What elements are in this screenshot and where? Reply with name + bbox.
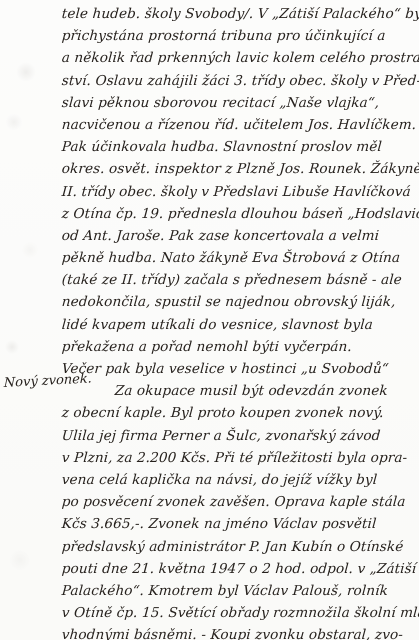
handwritten-line: od Ant. Jaroše. Pak zase koncertovala a … [61,225,419,247]
handwritten-line: vena celá kaplička na návsi, do jejíž ví… [61,469,419,491]
handwritten-line: Ulila jej firma Perner a Šulc, zvonařský… [61,425,419,447]
handwritten-line: z obecní kaple. Byl proto koupen zvonek … [61,402,419,424]
handwritten-line: tele hudeb. školy Svobody/. V „Zátiší Pa… [61,3,419,25]
handwritten-line: a několik řad prkenných lavic kolem celé… [61,47,419,69]
handwritten-line: z Otína čp. 19. přednesla dlouhou báseň … [61,203,419,225]
handwritten-line: nedokončila, spustil se najednou obrovsk… [61,291,419,313]
handwritten-line: Večer pak byla veselice v hostinci „u Sv… [61,358,419,380]
handwritten-line: vhodnými básněmi. - Koupi zvonku obstara… [61,624,419,640]
handwritten-line: lidé kvapem utíkali do vesnice, slavnost… [61,314,419,336]
handwritten-line: Kčs 3.665,-. Zvonek na jméno Václav posv… [61,513,419,535]
handwritten-line: II. třídy obec. školy v Předslavi Libuše… [61,181,419,203]
handwritten-line: pěkně hudba. Nato žákyně Eva Štrobová z … [61,247,419,269]
handwritten-line: v Otíně čp. 15. Světící obřady rozmnožil… [61,602,419,624]
handwritten-line: okres. osvět. inspektor z Plzně Jos. Rou… [61,158,419,180]
handwritten-line: překažena a pořad nemohl býti vyčerpán. [61,336,419,358]
handwritten-line: ství. Oslavu zahájili žáci 3. třídy obec… [61,70,419,92]
manuscript-text: tele hudeb. školy Svobody/. V „Zátiší Pa… [61,3,418,640]
handwritten-line: po posvěcení zvonek zavěšen. Oprava kapl… [61,491,419,513]
handwritten-line: nacvičenou a řízenou říd. učitelem Jos. … [61,114,419,136]
handwritten-line: v Plzni, za 2.200 Kčs. Při té příležitos… [61,447,419,469]
handwritten-line: (také ze II. třídy) začala s přednesem b… [61,269,419,291]
handwritten-line: předslavský administrátor P. Jan Kubín o… [61,536,419,558]
handwritten-line: Za okupace musil být odevzdán zvonek [61,380,419,402]
handwritten-line: pouti dne 21. května 1947 o 2 hod. odpol… [61,558,419,580]
handwritten-line: slavi pěknou sborovou recitací „Naše vla… [61,92,419,114]
handwritten-line: Pak účinkovala hudba. Slavnostní proslov… [61,136,419,158]
handwritten-line: Palackého“. Kmotrem byl Václav Palouš, r… [61,580,419,602]
handwritten-line: přichystána prostorná tribuna pro účinku… [61,25,419,47]
